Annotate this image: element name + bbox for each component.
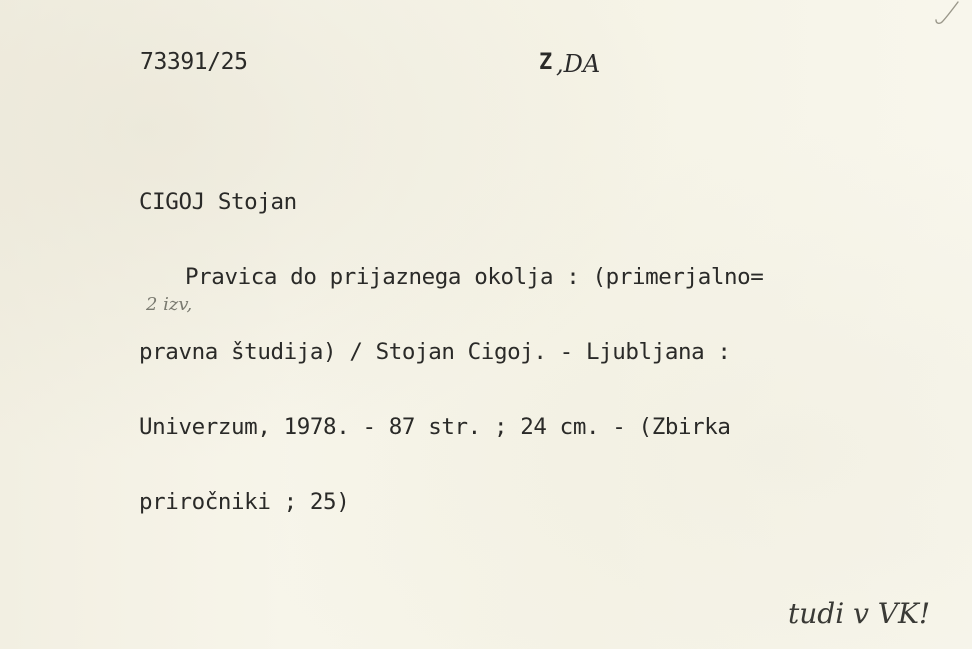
handwritten-copies-note: 2 izv, — [146, 294, 192, 315]
bibliographic-entry: CIGOJ Stojan Pravica do prijaznega okolj… — [139, 140, 763, 565]
location-stamp: Z — [539, 52, 552, 74]
catalog-card: 73391/25 Z ,DA CIGOJ Stojan Pravica do p… — [0, 0, 972, 649]
entry-title-line: Pravica do prijaznega okolja : (primerja… — [139, 265, 763, 290]
accession-number: 73391/25 — [140, 51, 248, 74]
location-handwritten: ,DA — [556, 50, 600, 78]
entry-title-line: pravna študija) / Stojan Cigoj. - Ljublj… — [139, 340, 763, 365]
handwritten-location-note: tudi v VK! — [788, 597, 930, 630]
entry-series-line: priročniki ; 25) — [139, 490, 763, 515]
entry-publication-line: Univerzum, 1978. - 87 str. ; 24 cm. - (Z… — [139, 415, 763, 440]
check-mark-icon — [928, 0, 968, 32]
entry-heading: CIGOJ Stojan — [139, 190, 763, 215]
